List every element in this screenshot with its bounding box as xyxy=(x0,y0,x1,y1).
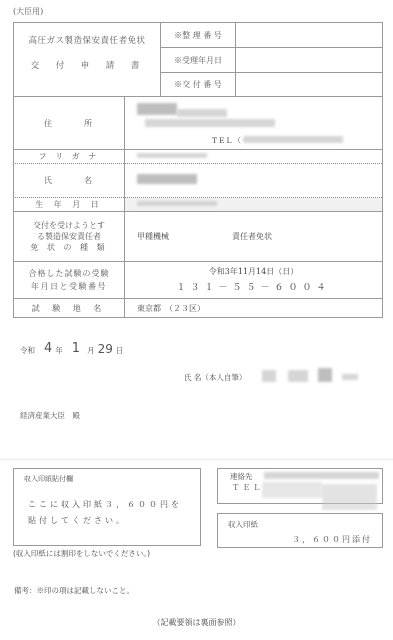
stamp-box: 収入印紙貼付欄 ここに収入印紙３，６００円を 貼付してください。 xyxy=(13,468,201,546)
address-redacted-3 xyxy=(145,119,275,127)
date-day[interactable]: 29 xyxy=(98,342,113,356)
office-value-ref-number xyxy=(236,23,382,47)
office-value-received-date xyxy=(236,48,382,72)
stamp-box-title: 収入印紙貼付欄 xyxy=(24,474,73,484)
birthdate-redacted xyxy=(137,201,217,206)
exam-location-value: 東京都 （２３区） xyxy=(137,303,205,314)
exam-location-field[interactable]: 東京都 （２３区） xyxy=(125,299,382,317)
revenue-stamp-label: 収入印紙 xyxy=(228,519,258,530)
signature-redacted-2 xyxy=(288,370,308,382)
contact-redacted-2 xyxy=(262,482,322,498)
tel-label: TEL（ xyxy=(212,135,243,146)
revenue-stamp-value: ３，６００円添付 xyxy=(292,534,372,545)
signature-label: 氏 名（本人自筆） xyxy=(184,372,246,383)
contact-label: 連絡先 xyxy=(230,471,253,482)
contact-redacted-3 xyxy=(322,484,377,510)
footer-note: （記載要領は裏面参照） xyxy=(0,617,393,628)
stamp-box-line2: 貼付してください。 xyxy=(28,515,127,526)
address-field[interactable]: TEL（ xyxy=(125,97,382,149)
remarks: 備考：※印の項は記載しないこと。 xyxy=(14,585,134,596)
exam-label: 合格した試験の受験 年月日と受験番号 xyxy=(14,262,124,298)
form-title-line2-wrap: 交 付 申 請 書 xyxy=(14,59,160,73)
stamp-box-line1: ここに収入印紙３，６００円を xyxy=(28,499,182,510)
usage-label: (大臣用) xyxy=(13,6,43,17)
signature-redacted-4 xyxy=(342,374,358,380)
contact-field[interactable] xyxy=(262,470,382,512)
form-title-line1: 高圧ガス製造保安責任者免状 xyxy=(28,36,145,47)
date-month-unit: 月 xyxy=(87,345,95,356)
tel-redacted xyxy=(243,136,343,143)
stamp-box-note: (収入印紙には割印をしないでください。) xyxy=(13,548,150,559)
address-label: 住 所 xyxy=(14,97,124,149)
office-label-ref-number: ※整 理 番 号 xyxy=(161,23,235,47)
furigana-field[interactable] xyxy=(125,150,382,163)
exam-date-value: 令和3年11月14日（日） xyxy=(125,265,382,277)
exam-number-value: １３１－５５－６００４ xyxy=(125,282,382,294)
exam-location-label: 試 験 地 名 xyxy=(14,299,124,317)
license-type-field[interactable]: 甲種機械 責任者免状 xyxy=(125,212,382,261)
exam-field[interactable]: 令和3年11月14日（日） １３１－５５－６００４ xyxy=(125,262,382,298)
form-title: 高圧ガス製造保安責任者免状 xyxy=(14,34,160,48)
date-day-unit: 日 xyxy=(116,345,124,356)
furigana-label: フ リ ガ ナ xyxy=(14,150,124,163)
signature-field[interactable] xyxy=(262,366,367,386)
license-class-value: 甲種機械 xyxy=(137,231,169,242)
date-era: 令和 xyxy=(20,345,35,356)
contact-tel-label: ＴＥＬ xyxy=(232,482,264,493)
date-year[interactable]: 4 xyxy=(44,342,52,356)
address-redacted-1 xyxy=(137,103,177,115)
signature-row: 氏 名（本人自筆） xyxy=(184,370,246,384)
contact-redacted-1 xyxy=(264,472,379,479)
address-redacted-2 xyxy=(177,109,227,117)
birthdate-label: 生 年 月 日 xyxy=(14,198,124,211)
office-label-issue-number: ※交 付 番 号 xyxy=(161,73,235,96)
license-type-label: 交付を受けようとす る製造保安責任者 免 状 の 種 類 xyxy=(14,212,124,261)
name-label: 氏 名 xyxy=(14,164,124,197)
birthdate-field[interactable] xyxy=(125,198,382,211)
name-redacted xyxy=(137,174,197,184)
office-label-received-date: ※受理年月日 xyxy=(161,48,235,72)
name-field[interactable] xyxy=(125,164,382,197)
license-kind-value: 責任者免状 xyxy=(232,231,272,242)
date-month[interactable]: 1 xyxy=(72,342,80,356)
signature-redacted-3 xyxy=(318,368,332,382)
signature-redacted-1 xyxy=(262,370,276,382)
paper-fold-line xyxy=(0,458,393,461)
form-title-line2: 交 付 申 請 書 xyxy=(31,61,144,72)
furigana-redacted xyxy=(137,153,207,158)
addressee: 経済産業大臣 殿 xyxy=(20,410,80,421)
office-value-issue-number xyxy=(236,73,382,96)
date-year-unit: 年 xyxy=(55,345,63,356)
application-date: 令和 4 年 1 月 29 日 xyxy=(20,340,123,356)
revenue-stamp-box: 収入印紙 ３，６００円添付 xyxy=(217,513,383,548)
